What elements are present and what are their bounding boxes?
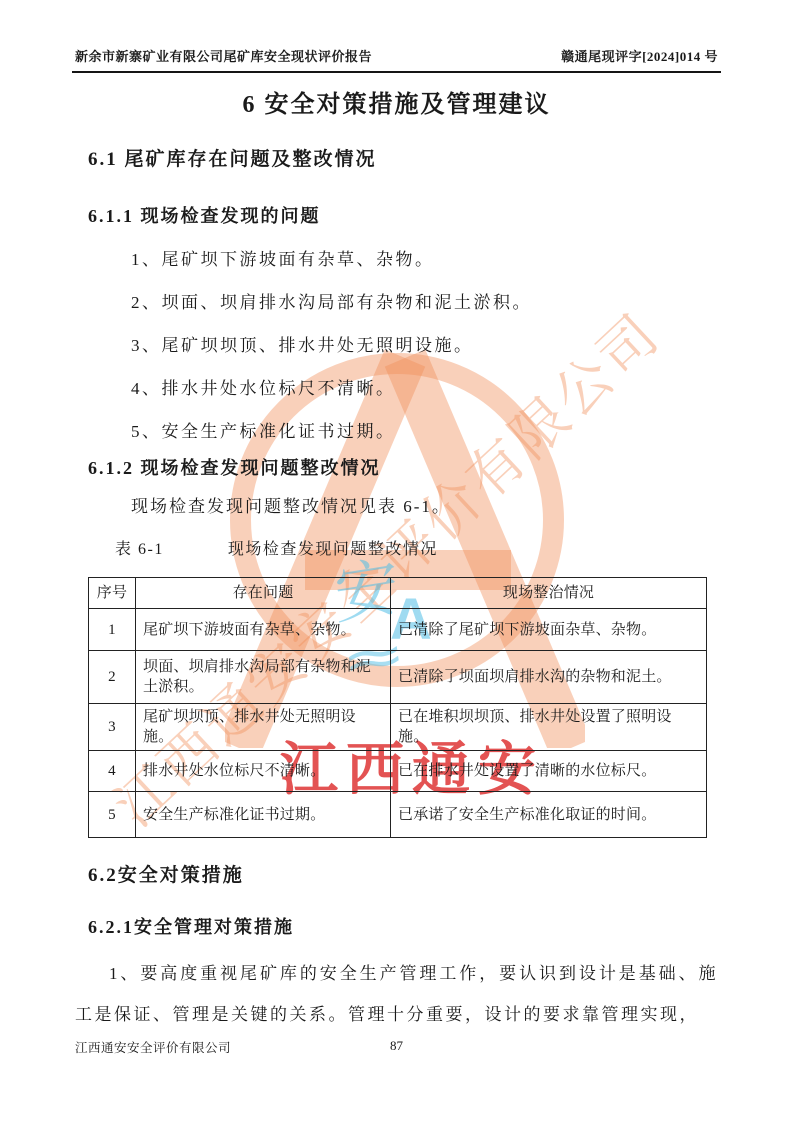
row-action: 已在堆积坝坝顶、排水井处设置了照明设施。 xyxy=(391,704,707,751)
row-action: 已在排水井处设置了清晰的水位标尺。 xyxy=(391,751,707,792)
section-6-1-2-heading: 6.1.2 现场检查发现问题整改情况 xyxy=(88,457,793,480)
table-row: 1 尾矿坝下游坡面有杂草、杂物。 已清除了尾矿坝下游坡面杂草、杂物。 xyxy=(89,609,707,651)
row-problem: 排水井处水位标尺不清晰。 xyxy=(136,751,391,792)
row-problem: 安全生产标准化证书过期。 xyxy=(136,792,391,838)
page-number: 87 xyxy=(390,1038,403,1054)
paragraph-6-2-1: 1、要高度重视尾矿库的安全生产管理工作，要认识到设计是基础、施工是保证、管理是关… xyxy=(75,953,718,1035)
table-caption: 表 6-1 现场检查发现问题整改情况 xyxy=(115,539,793,561)
table-caption-label: 表 6-1 xyxy=(115,539,164,561)
table-row: 2 坝面、坝肩排水沟局部有杂物和泥土淤积。 已清除了坝面坝肩排水沟的杂物和泥土。 xyxy=(89,651,707,704)
section-6-1-heading: 6.1 尾矿库存在问题及整改情况 xyxy=(88,148,793,172)
problem-item-3: 3、尾矿坝坝顶、排水井处无照明设施。 xyxy=(131,335,793,357)
page-title: 6 安全对策措施及管理建议 xyxy=(0,89,793,121)
row-action: 已清除了坝面坝肩排水沟的杂物和泥土。 xyxy=(391,651,707,704)
row-problem: 尾矿坝坝顶、排水井处无照明设施。 xyxy=(136,704,391,751)
row-problem: 坝面、坝肩排水沟局部有杂物和泥土淤积。 xyxy=(136,651,391,704)
table-row: 3 尾矿坝坝顶、排水井处无照明设施。 已在堆积坝坝顶、排水井处设置了照明设施。 xyxy=(89,704,707,751)
document-page: 江西通安安全评价有限公司 安 A ≈ 江西通安 新余市新寨矿业有限公司尾矿库安全… xyxy=(0,0,793,1122)
table-row: 5 安全生产标准化证书过期。 已承诺了安全生产标准化取证的时间。 xyxy=(89,792,707,838)
row-no: 2 xyxy=(89,651,136,704)
row-action: 已承诺了安全生产标准化取证的时间。 xyxy=(391,792,707,838)
header-report-title: 新余市新寨矿业有限公司尾矿库安全现状评价报告 xyxy=(75,46,372,65)
table-intro-text: 现场检查发现问题整改情况见表 6-1。 xyxy=(131,496,793,518)
column-header-problem: 存在问题 xyxy=(136,578,391,609)
column-header-no: 序号 xyxy=(89,578,136,609)
remediation-table: 序号 存在问题 现场整治情况 1 尾矿坝下游坡面有杂草、杂物。 已清除了尾矿坝下… xyxy=(88,577,707,838)
footer-company-name: 江西通安安全评价有限公司 xyxy=(75,1038,231,1056)
table-header-row: 序号 存在问题 现场整治情况 xyxy=(89,578,707,609)
header-rule xyxy=(72,71,721,73)
header-document-number: 赣通尾现评字[2024]014 号 xyxy=(561,46,718,65)
problem-item-4: 4、排水井处水位标尺不清晰。 xyxy=(131,378,793,400)
table-row: 4 排水井处水位标尺不清晰。 已在排水井处设置了清晰的水位标尺。 xyxy=(89,751,707,792)
document-content: 新余市新寨矿业有限公司尾矿库安全现状评价报告 赣通尾现评字[2024]014 号… xyxy=(0,0,793,1035)
row-action: 已清除了尾矿坝下游坡面杂草、杂物。 xyxy=(391,609,707,651)
table-caption-title: 现场检查发现问题整改情况 xyxy=(228,539,438,561)
row-problem: 尾矿坝下游坡面有杂草、杂物。 xyxy=(136,609,391,651)
row-no: 4 xyxy=(89,751,136,792)
row-no: 5 xyxy=(89,792,136,838)
problem-item-5: 5、安全生产标准化证书过期。 xyxy=(131,421,793,443)
section-6-2-1-heading: 6.2.1安全管理对策措施 xyxy=(88,916,793,939)
section-6-1-1-heading: 6.1.1 现场检查发现的问题 xyxy=(88,205,793,228)
page-header: 新余市新寨矿业有限公司尾矿库安全现状评价报告 赣通尾现评字[2024]014 号 xyxy=(0,0,793,65)
problem-item-1: 1、尾矿坝下游坡面有杂草、杂物。 xyxy=(131,249,793,271)
row-no: 3 xyxy=(89,704,136,751)
problem-item-2: 2、坝面、坝肩排水沟局部有杂物和泥土淤积。 xyxy=(131,292,793,314)
column-header-action: 现场整治情况 xyxy=(391,578,707,609)
section-6-2-heading: 6.2安全对策措施 xyxy=(88,864,793,888)
row-no: 1 xyxy=(89,609,136,651)
